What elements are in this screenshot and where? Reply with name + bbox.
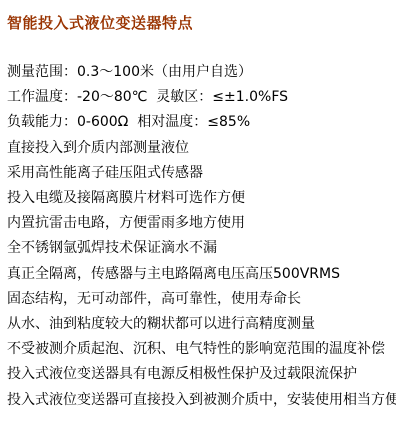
feature-line: 直接投入到介质内部测量液位 <box>7 136 391 161</box>
feature-line: 投入式液位变送器具有电源反相极性保护及过载限流保护 <box>7 362 391 387</box>
page-title: 智能投入式液位变送器特点 <box>7 14 391 32</box>
page: 智能投入式液位变送器特点 测量范围：0.3～100米（由用户自选）工作温度：-2… <box>0 0 396 413</box>
feature-line: 全不锈钢氩弧焊技术保证滴水不漏 <box>7 236 391 261</box>
feature-line: 工作温度：-20～80℃ 灵敏区：≤±1.0%FS <box>7 85 391 110</box>
feature-line: 投入式液位变送器可直接投入到被测介质中，安装使用相当方便 <box>7 388 391 413</box>
feature-line: 固态结构，无可动部件，高可靠性，使用寿命长 <box>7 287 391 312</box>
feature-line: 负载能力：0-600Ω 相对温度：≤85% <box>7 110 391 135</box>
feature-line: 测量范围：0.3～100米（由用户自选） <box>7 60 391 85</box>
feature-line: 真正全隔离，传感器与主电路隔离电压高压500VRMS <box>7 262 391 287</box>
feature-list: 测量范围：0.3～100米（由用户自选）工作温度：-20～80℃ 灵敏区：≤±1… <box>7 60 391 413</box>
feature-line: 采用高性能离子硅压阻式传感器 <box>7 161 391 186</box>
feature-line: 从水、油到粘度较大的糊状都可以进行高精度测量 <box>7 312 391 337</box>
feature-line: 内置抗雷击电路，方便雷雨多地方使用 <box>7 211 391 236</box>
feature-line: 投入电缆及接隔离膜片材料可选作方便 <box>7 186 391 211</box>
feature-line: 不受被测介质起泡、沉积、电气特性的影响宽范围的温度补偿 <box>7 337 391 362</box>
